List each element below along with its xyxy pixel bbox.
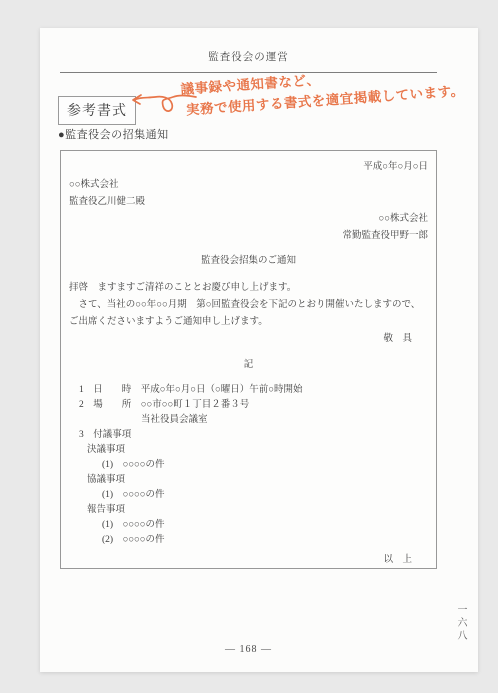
end-mark: 以 上 <box>69 552 428 569</box>
agenda-item: 2 場 所 ○○市○○町１丁目２番３号 <box>69 398 428 413</box>
agenda-item: 3 付議事項 <box>69 428 428 443</box>
agenda-item: 報告事項 <box>69 503 428 518</box>
agenda-item: 決議事項 <box>69 443 428 458</box>
sender-name: 常勤監査役甲野一郎 <box>69 228 428 245</box>
page-number: — 168 — <box>60 644 437 655</box>
agenda-item: (1) ○○○○の件 <box>69 458 428 473</box>
sender-company: ○○株式会社 <box>69 211 428 228</box>
section-heading: ●監査役会の招集通知 <box>58 126 169 142</box>
side-page-number: 一六八 <box>453 604 468 643</box>
running-head-title: 監査役会の運営 <box>60 49 437 64</box>
agenda-item: (1) ○○○○の件 <box>69 518 428 533</box>
handwritten-annotation: 議事録や通知書など、 実務で使用する書式を適宜掲載しています。 <box>180 57 498 122</box>
body-line: さて、当社の○○年○○月期 第○回監査役会を下記のとおり開催いたしますので、 <box>69 297 428 314</box>
reference-format-label: 参考書式 <box>67 102 127 118</box>
body-line: 拝啓 ますますご清祥のこととお慶び申し上げます。 <box>69 280 428 297</box>
notice-date: 平成○年○月○日 <box>69 159 428 176</box>
agenda-item: 協議事項 <box>69 473 428 488</box>
notice-title: 監査役会招集のご通知 <box>69 253 428 270</box>
closing-word: 敬 具 <box>69 331 428 348</box>
agenda-item: (2) ○○○○の件 <box>69 533 428 548</box>
reference-format-badge: 参考書式 <box>58 96 136 125</box>
book-page: 監査役会の運営 参考書式 議事録や通知書など、 実務で使用する書式を適宜掲載して… <box>40 28 478 672</box>
addressee-company: ○○株式会社 <box>69 177 428 194</box>
body-line: ご出席くださいますようご通知申し上げます。 <box>69 314 428 331</box>
notice-form: 平成○年○月○日 ○○株式会社 監査役乙川健二殿 ○○株式会社 常勤監査役甲野一… <box>60 150 437 569</box>
agenda-item: 1 日 時 平成○年○月○日（○曜日）午前○時開始 <box>69 383 428 398</box>
addressee-name: 監査役乙川健二殿 <box>69 194 428 211</box>
agenda-item: (1) ○○○○の件 <box>69 488 428 503</box>
record-mark: 記 <box>69 357 428 374</box>
agenda-item: 当社役員会議室 <box>69 413 428 428</box>
